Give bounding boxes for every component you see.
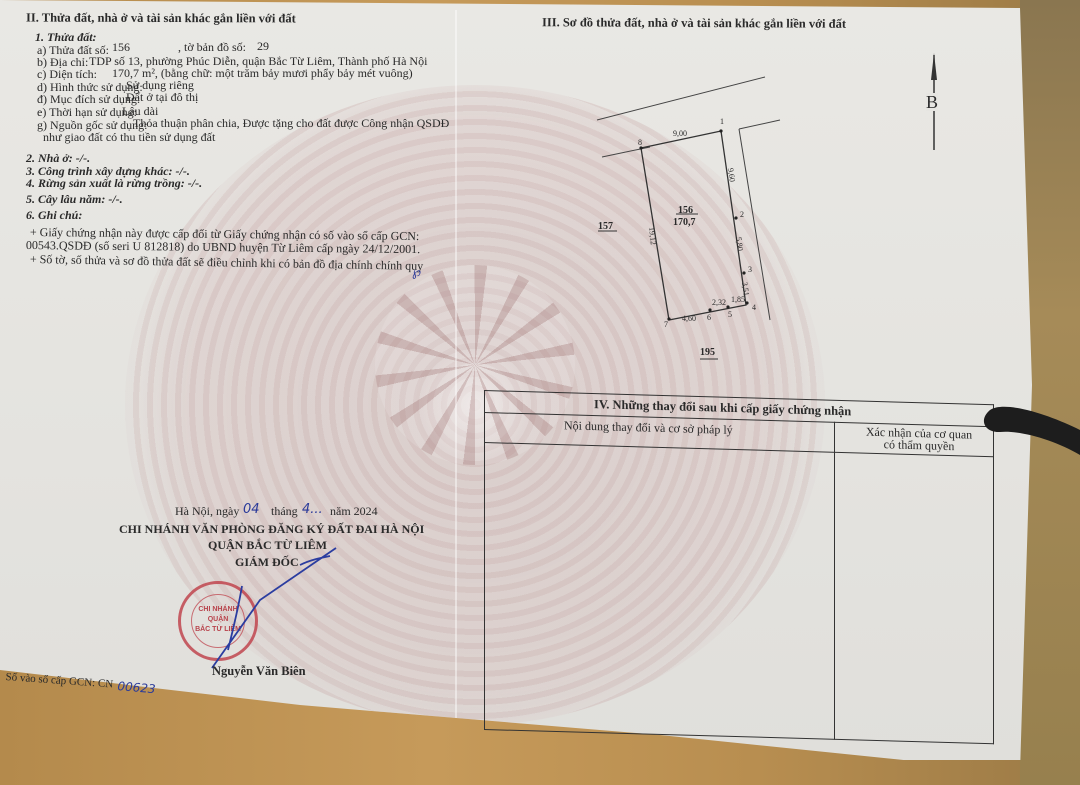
edge-7-8-length: 19,12 [647,227,657,246]
stamp-line-2: QUẬN [181,616,255,624]
perennial-item: 5. Cây lâu năm: -/-. [26,193,123,206]
changes-table: IV. Những thay đổi sau khi cấp giấy chứn… [484,390,994,744]
year-label: năm 2024 [330,505,378,518]
forest-item: 4. Rừng sản xuất là rừng trồng: -/-. [26,177,202,190]
vertex-7: 7 [664,321,668,329]
vertex-4: 4 [752,304,756,312]
neighbor-parcel-195: 195 [700,348,715,358]
month-label: tháng [271,505,298,518]
edge-4-5-length: 1,85 [731,296,745,304]
pen-object [960,400,1080,460]
vertex-8: 8 [638,139,642,147]
stamp-line-1: CHI NHÁNH [181,606,255,614]
vertex-5: 5 [728,311,732,319]
place-date-prefix: Hà Nội, ngày [175,505,239,518]
neighbor-parcel-157: 157 [598,222,613,232]
section-iii-title: III. Sơ đồ thửa đất, nhà ở và tài sản kh… [542,16,846,31]
official-red-stamp: CHI NHÁNH QUẬN BẮC TỪ LIÊM [178,581,258,661]
map-sheet-label: , tờ bản đồ số: [178,41,246,54]
page-fold [455,10,457,730]
signer-name: Nguyễn Văn Biên [212,665,306,678]
edge-6-7-length: 4,60 [682,315,696,323]
parcel-no-value: 156 [112,41,130,54]
origin-value-line1: Thỏa thuận phân chia, Được tặng cho đất … [133,117,449,130]
edge-2-3-length: 5,80 [734,237,744,252]
registry-number: 00623 [117,680,156,696]
section-ii-title: II. Thửa đất, nhà ở và tài sản khác gắn … [26,12,296,26]
changes-column-header: Nội dung thay đổi và cơ sở pháp lý [564,419,733,437]
edge-8-1-length: 9,00 [673,130,687,138]
issue-day: 04 [243,503,260,516]
map-sheet-value: 29 [257,40,269,53]
stamp-line-3: BẮC TỪ LIÊM [181,626,255,634]
edge-1-2-length: 9,60 [726,168,736,183]
parcel-number-label: 156 [678,206,693,216]
purpose-value: Đất ở tại đô thị [126,91,198,104]
vertex-6: 6 [707,314,711,322]
parcel-area-label: 170,7 [673,218,696,228]
north-label: B [926,93,938,111]
vertex-1: 1 [720,118,724,126]
office-line-1: CHI NHÁNH VĂN PHÒNG ĐĂNG KÝ ĐẤT ĐAI HÀ N… [119,523,424,536]
edge-5-6-length: 2,32 [712,299,726,307]
origin-value-line2: như giao đất có thu tiền sử dụng đất [43,131,215,144]
handwritten-initial: ℘ [412,266,421,279]
signer-title: GIÁM ĐỐC [235,556,299,569]
office-line-2: QUẬN BẮC TỪ LIÊM [208,539,327,552]
issue-month: 4... [302,503,323,516]
vertex-2: 2 [740,211,744,219]
vertex-3: 3 [748,266,752,274]
notes-heading: 6. Ghi chú: [26,209,82,222]
